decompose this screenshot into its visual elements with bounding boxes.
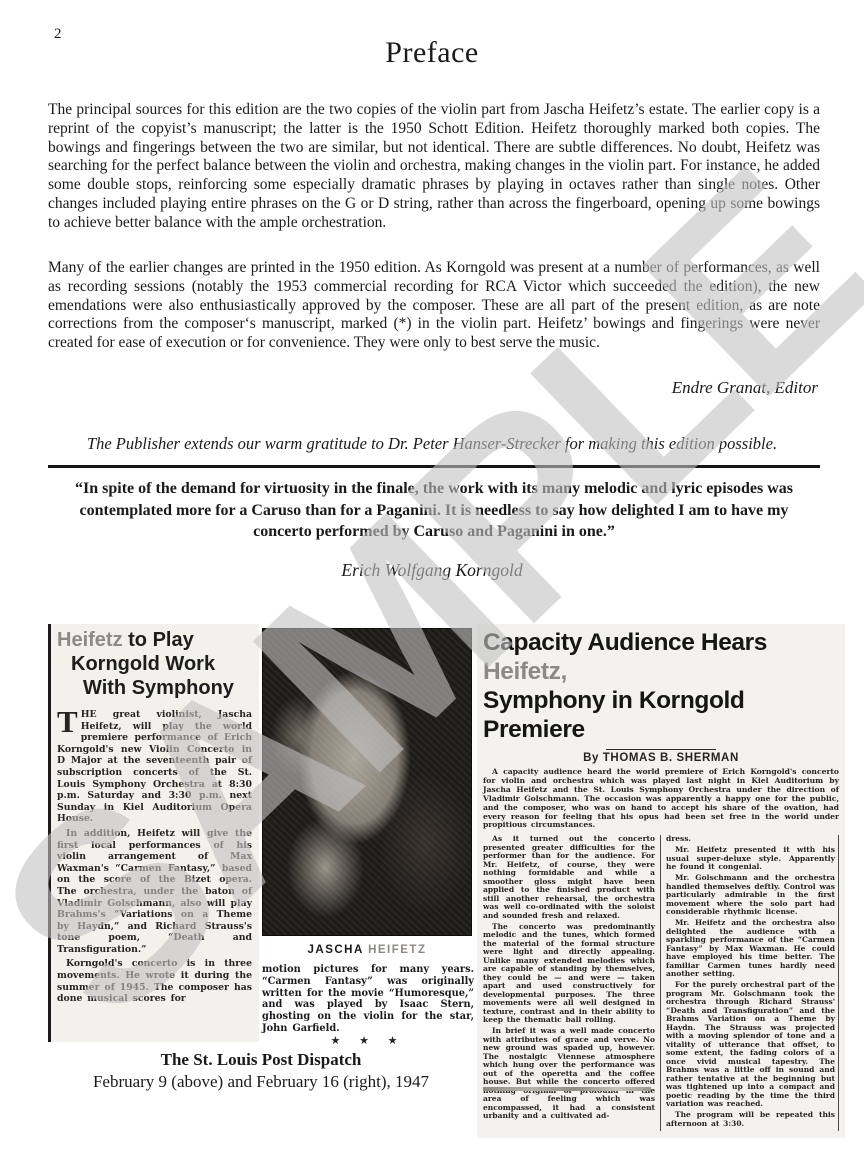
headline-line-1: Heifetz to Play [57,628,252,652]
editor-signature: Endre Granat, Editor [672,378,818,398]
column-paragraph: For the purely orchestral part of the pr… [666,981,835,1109]
clippings-caption-title: The St. Louis Post Dispatch [48,1050,474,1070]
byline-rule [606,749,716,750]
column-paragraph: Mr. Heifetz and the orchestra also delig… [666,919,835,979]
drop-cap: T [57,709,81,735]
column-paragraph: As it turned out the concerto presented … [483,835,655,920]
headline-line-3: With Symphony [57,676,252,700]
column-paragraph: dress. [666,835,835,844]
quote-attribution: Erich Wolfgang Korngold [0,560,864,581]
left-clipping-paragraph: Korngold's concerto is in three movement… [57,958,252,1004]
left-clipping-paragraph: THE great violinist, Jascha Heifetz, wil… [57,709,252,825]
page-title: Preface [0,36,864,70]
left-clipping-body: THE great violinist, Jascha Heifetz, wil… [57,709,252,1005]
photo-caption: JASCHA HEIFETZ [262,944,472,956]
column-paragraph: The concerto was predominantly melodic a… [483,923,655,1025]
continuation-paragraph: motion pictures for many years. “Carmen … [262,964,474,1035]
clipping-capacity-audience: Capacity Audience Hears Heifetz, Symphon… [477,624,845,1138]
preface-page: { "colors": { "watermark_gray": "#c1c1c1… [0,0,864,1152]
photo-caption-jascha: JASCHA [308,944,364,956]
clipping-heifetz-to-play: Heifetz to Play Korngold Work With Symph… [48,624,259,1042]
headline-to-play: to Play [128,629,194,651]
headline-line-2: Korngold Work [57,652,252,676]
left-clipping-paragraph: In addition, Heifetz will give the first… [57,828,252,956]
column-paragraph: Mr. Golschmann and the orchestra handled… [666,874,835,917]
article-column-2: dress. Mr. Heifetz presented it with his… [661,835,839,1131]
publisher-gratitude: The Publisher extends our warm gratitude… [0,434,864,454]
photo-caption-heifetz: HEIFETZ [368,944,426,956]
headline-heifetz: Heifetz [57,629,123,651]
horizontal-rule [48,465,820,468]
right-clipping-headline: Capacity Audience Hears Heifetz, Symphon… [483,628,839,744]
korngold-quote: “In spite of the demand for virtuosity i… [60,478,808,543]
torn-edge [483,1087,651,1091]
left-clipping-headline: Heifetz to Play Korngold Work With Symph… [57,628,252,700]
column-paragraph: Mr. Heifetz presented it with his usual … [666,846,835,872]
headline-line-2: Symphony in Korngold Premiere [483,686,839,744]
headline-heifetz: Heifetz, [483,658,567,685]
preface-paragraph-1: The principal sources for this edition a… [48,101,820,233]
headline-line-1: Capacity Audience Hears Heifetz, [483,628,839,686]
lead-paragraph: A capacity audience heard the world prem… [483,768,839,830]
heifetz-photo [262,628,472,936]
column-paragraph: In brief it was a well made concerto wit… [483,1027,655,1121]
clippings-caption-date: February 9 (above) and February 16 (righ… [48,1072,474,1092]
preface-paragraph-2: Many of the earlier changes are printed … [48,259,820,353]
byline: By THOMAS B. SHERMAN [483,752,839,764]
star-divider-icon: ★ ★ ★ [262,1034,474,1047]
column-paragraph: The program will be repeated this aftern… [666,1111,835,1128]
article-continuation: motion pictures for many years. “Carmen … [262,964,474,1035]
